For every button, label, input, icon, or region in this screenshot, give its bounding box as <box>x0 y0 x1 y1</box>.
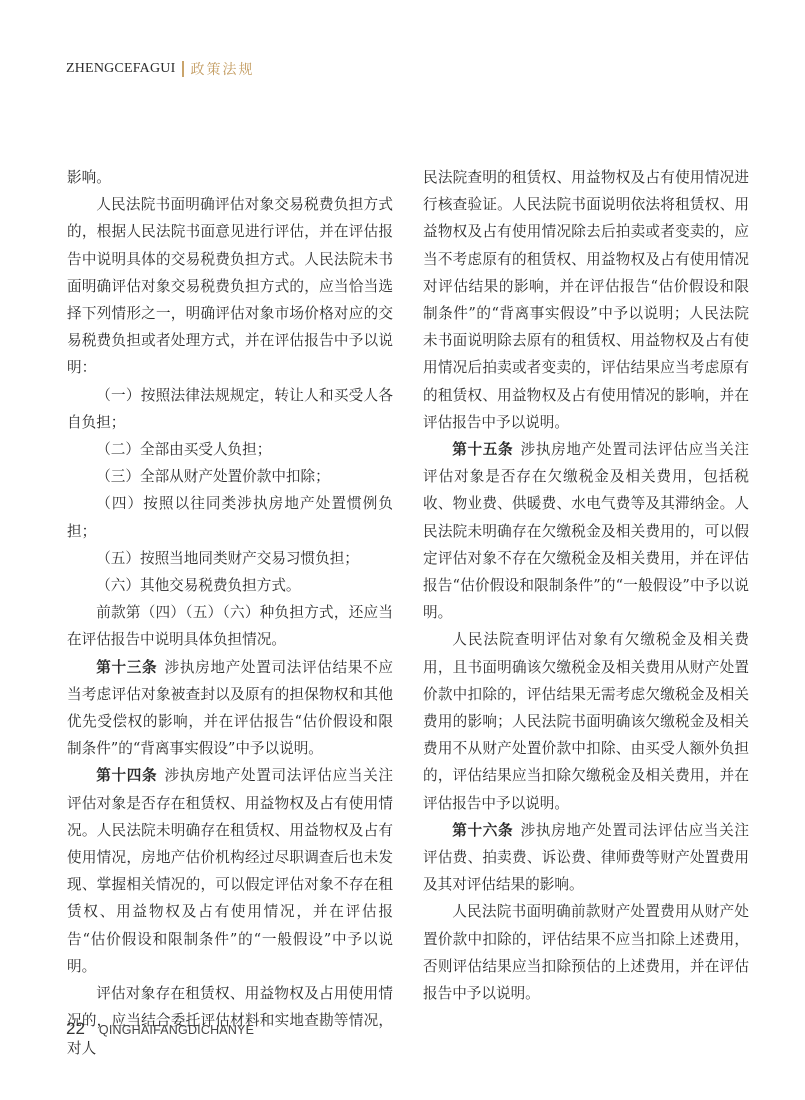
paragraph-text: 影响。 <box>67 169 111 186</box>
article-paragraph: 第十五条涉执房地产处置司法评估应当关注评估对象是否存在欠缴税金及相关费用，包括税… <box>423 436 749 626</box>
publication-name: QINGHAIFANGDICHANYE <box>99 1023 254 1037</box>
paragraph-text: （二）全部由买受人负担； <box>96 441 271 458</box>
paragraph-text: （三）全部从财产处置价款中扣除； <box>96 468 330 485</box>
article-number: 第十五条 <box>452 441 513 458</box>
article-number: 第十四条 <box>96 767 157 784</box>
header-divider <box>182 61 184 77</box>
paragraph: 人民法院书面明确前款财产处置费用从财产处置价款中扣除的，评估结果不应当扣除上述费… <box>423 898 749 1007</box>
paragraph-text: （一）按照法律法规规定，转让人和买受人各自负担； <box>67 387 393 431</box>
paragraph-text: 涉执房地产处置司法评估应当关注评估对象是否存在欠缴税金及相关费用，包括税收、物业… <box>423 441 749 621</box>
article-paragraph: 第十四条涉执房地产处置司法评估应当关注评估对象是否存在租赁权、用益物权及占有使用… <box>67 762 393 980</box>
paragraph: （二）全部由买受人负担； <box>67 436 393 463</box>
paragraph: 影响。 <box>67 164 393 191</box>
page-header: ZHENGCEFAGUI 政策法规 <box>66 58 254 80</box>
article-number: 第十六条 <box>452 822 513 839</box>
paragraph: （一）按照法律法规规定，转让人和买受人各自负担； <box>67 382 393 436</box>
paragraph-text: （六）其他交易税费负担方式。 <box>96 577 300 594</box>
paragraph-text: 人民法院书面明确前款财产处置费用从财产处置价款中扣除的，评估结果不应当扣除上述费… <box>423 903 749 1002</box>
left-column: 影响。人民法院书面明确评估对象交易税费负担方式的，根据人民法院书面意见进行评估，… <box>67 164 393 1062</box>
paragraph: （三）全部从财产处置价款中扣除； <box>67 463 393 490</box>
paragraph: （四）按照以往同类涉执房地产处置惯例负担； <box>67 490 393 544</box>
paragraph-text: 民法院查明的租赁权、用益物权及占有使用情况进行核查验证。人民法院书面说明依法将租… <box>423 169 749 431</box>
page-number: 22 <box>66 1019 85 1039</box>
paragraph-text: 前款第（四）（五）（六）种负担方式，还应当在评估报告中说明具体负担情况。 <box>67 604 393 648</box>
paragraph: 人民法院查明评估对象有欠缴税金及相关费用，且书面明确该欠缴税金及相关费用从财产处… <box>423 626 749 816</box>
page-footer: 22 QINGHAIFANGDICHANYE <box>66 1019 254 1039</box>
article-paragraph: 第十六条涉执房地产处置司法评估应当关注评估费、拍卖费、诉讼费、律师费等财产处置费… <box>423 817 749 899</box>
paragraph: （五）按照当地同类财产交易习惯负担； <box>67 545 393 572</box>
paragraph-text: 人民法院书面明确评估对象交易税费负担方式的，根据人民法院书面意见进行评估，并在评… <box>67 196 393 376</box>
paragraph-text: 人民法院查明评估对象有欠缴税金及相关费用，且书面明确该欠缴税金及相关费用从财产处… <box>423 631 749 811</box>
paragraph-text: 涉执房地产处置司法评估应当关注评估对象是否存在租赁权、用益物权及占有使用情况。人… <box>67 767 393 974</box>
section-title-cn: 政策法规 <box>190 59 254 79</box>
paragraph-text: （四）按照以往同类涉执房地产处置惯例负担； <box>67 495 393 539</box>
paragraph: 人民法院书面明确评估对象交易税费负担方式的，根据人民法院书面意见进行评估，并在评… <box>67 191 393 381</box>
article-number: 第十三条 <box>96 659 157 676</box>
paragraph: 前款第（四）（五）（六）种负担方式，还应当在评估报告中说明具体负担情况。 <box>67 599 393 653</box>
right-column: 民法院查明的租赁权、用益物权及占有使用情况进行核查验证。人民法院书面说明依法将租… <box>423 164 749 1007</box>
section-title-en: ZHENGCEFAGUI <box>66 61 175 77</box>
paragraph: 民法院查明的租赁权、用益物权及占有使用情况进行核查验证。人民法院书面说明依法将租… <box>423 164 749 436</box>
paragraph-text: （五）按照当地同类财产交易习惯负担； <box>96 550 359 567</box>
article-paragraph: 第十三条涉执房地产处置司法评估结果不应当考虑评估对象被查封以及原有的担保物权和其… <box>67 654 393 763</box>
paragraph: （六）其他交易税费负担方式。 <box>67 572 393 599</box>
